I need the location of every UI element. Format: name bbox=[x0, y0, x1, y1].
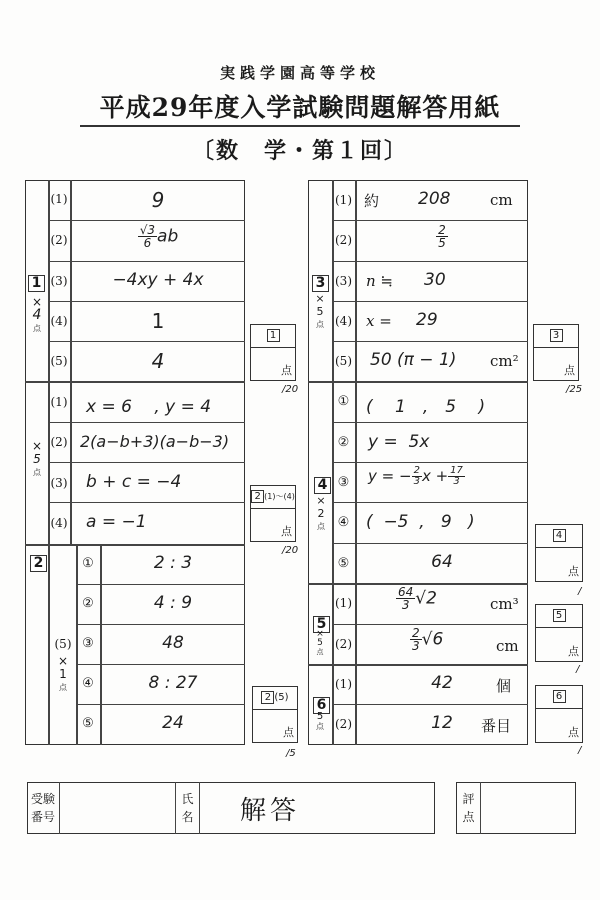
score-max-6: / bbox=[578, 745, 581, 756]
q4-4-label: ④ bbox=[332, 515, 355, 530]
q2-5-2-answer: 4 : 9 bbox=[102, 593, 244, 613]
exam-number-field[interactable] bbox=[61, 784, 173, 832]
subject-title: 〔数 学・第１回〕 bbox=[0, 134, 600, 165]
q4-1-answer: ( 1 , 5 ) bbox=[366, 392, 485, 417]
q2-3-answer: b + c = −4 bbox=[86, 472, 244, 492]
q1-3-label: (3) bbox=[48, 274, 70, 288]
q6-2-label: (2) bbox=[332, 717, 355, 731]
score-box-3[interactable]: 3 点 bbox=[533, 324, 579, 381]
q5-2-answer: 23√6 bbox=[410, 627, 443, 652]
q4-3-answer: y = −23x +173 bbox=[368, 466, 465, 487]
q2-1-answer: x = 6 , y = 4 bbox=[86, 392, 244, 417]
q3-1-answer: 208 bbox=[418, 189, 450, 209]
score-box-5[interactable]: 5 点 bbox=[535, 604, 583, 662]
q4-1-label: ① bbox=[332, 394, 355, 409]
q3-4-answer: 29 bbox=[416, 310, 438, 330]
q1-1-answer: 9 bbox=[72, 188, 244, 212]
q4-5-answer: 64 bbox=[357, 552, 527, 572]
section-6-multiplier: 5点 bbox=[311, 712, 329, 732]
q3-3-prefix: n ≒ bbox=[366, 272, 393, 290]
q4-4-answer: ( −5 , 9 ) bbox=[366, 512, 475, 532]
q5-1-answer: 643√2 bbox=[396, 586, 437, 611]
q1-2-answer: √36ab bbox=[72, 224, 244, 249]
q1-4-answer: 1 bbox=[72, 309, 244, 333]
q2-2-answer: 2(a−b+3)(a−b−3) bbox=[80, 432, 244, 451]
q3-1-prefix: 約 bbox=[364, 190, 379, 211]
q3-4-label: (4) bbox=[332, 314, 355, 328]
q2-4-answer: a = −1 bbox=[86, 512, 244, 532]
q4-3-label: ③ bbox=[332, 475, 355, 490]
q4-2-answer: y = 5x bbox=[368, 432, 429, 452]
score-max-3: /25 bbox=[566, 384, 582, 395]
score-box-1[interactable]: 1 点 bbox=[250, 324, 296, 381]
school-name: 実践学園高等学校 bbox=[0, 62, 600, 83]
section-1-number: 1 bbox=[28, 272, 45, 292]
q2-5-4-answer: 8 : 27 bbox=[102, 673, 244, 693]
section-4-number: 4 bbox=[314, 474, 331, 494]
q2-5-2-label: ② bbox=[76, 596, 100, 611]
grade-field[interactable] bbox=[482, 784, 574, 832]
q4-2-label: ② bbox=[332, 435, 355, 450]
q2-4-label: (4) bbox=[48, 516, 70, 530]
section-2a-multiplier: ×5点 bbox=[28, 440, 46, 479]
q5-1-label: (1) bbox=[332, 596, 355, 610]
q3-5-label: (5) bbox=[332, 354, 355, 368]
q1-2-label: (2) bbox=[48, 233, 70, 247]
score-box-2a[interactable]: 2(1)〜(4) 点 bbox=[250, 485, 296, 542]
score-max-1: /20 bbox=[282, 384, 298, 395]
q1-4-label: (4) bbox=[48, 314, 70, 328]
section-4-multiplier: ×2点 bbox=[312, 494, 330, 533]
section-2b-multiplier: ×1点 bbox=[54, 655, 72, 694]
q2-5-5-label: ⑤ bbox=[76, 716, 100, 731]
score-box-6[interactable]: 6 点 bbox=[535, 685, 583, 743]
q1-1-label: (1) bbox=[48, 192, 70, 206]
q5-1-unit: cm³ bbox=[490, 595, 519, 613]
q1-5-label: (5) bbox=[48, 354, 70, 368]
q2-5-3-label: ③ bbox=[76, 636, 100, 651]
score-max-4: / bbox=[578, 586, 581, 597]
q6-1-label: (1) bbox=[332, 677, 355, 691]
section-2b-sublabel: (5) bbox=[50, 637, 76, 651]
score-max-2a: /20 bbox=[282, 545, 298, 556]
q3-1-label: (1) bbox=[332, 193, 355, 207]
q5-2-unit: cm bbox=[496, 637, 519, 655]
q2-2-label: (2) bbox=[48, 435, 70, 449]
q3-3-answer: 30 bbox=[424, 270, 446, 290]
q2-5-4-label: ④ bbox=[76, 676, 100, 691]
q3-5-answer: 50 (π − 1) bbox=[370, 350, 456, 370]
section-5-multiplier: ×5点 bbox=[311, 630, 329, 657]
page-title: 平成29年度入学試験問題解答用紙 bbox=[80, 88, 520, 127]
section-3-number: 3 bbox=[312, 272, 329, 292]
score-max-2b: /5 bbox=[286, 748, 296, 759]
name-field[interactable]: 解答 bbox=[240, 790, 300, 827]
section-1-multiplier: ×4点 bbox=[28, 296, 46, 335]
name-label: 氏名 bbox=[176, 790, 199, 826]
exam-number-label: 受験番号 bbox=[27, 790, 59, 826]
q5-2-label: (2) bbox=[332, 637, 355, 651]
q2-1-label: (1) bbox=[48, 395, 70, 409]
q3-1-unit: cm bbox=[490, 191, 513, 209]
section-2-number: 2 bbox=[30, 552, 47, 572]
q3-3-label: (3) bbox=[332, 274, 355, 288]
score-max-5: / bbox=[576, 664, 579, 675]
q3-4-prefix: x = bbox=[366, 312, 392, 330]
q2-5-1-answer: 2 : 3 bbox=[102, 553, 244, 573]
q1-5-answer: 4 bbox=[72, 349, 244, 373]
q3-5-unit: cm² bbox=[490, 352, 519, 370]
q6-1-unit: 個 bbox=[496, 675, 511, 696]
q2-5-1-label: ① bbox=[76, 556, 100, 571]
q4-5-label: ⑤ bbox=[332, 556, 355, 571]
score-box-4[interactable]: 4 点 bbox=[535, 524, 583, 582]
q2-5-5-answer: 24 bbox=[102, 713, 244, 733]
score-box-2b[interactable]: 2(5) 点 bbox=[252, 686, 298, 743]
q3-2-answer: 25 bbox=[357, 224, 527, 249]
q1-3-answer: −4xy + 4x bbox=[72, 270, 244, 290]
q2-5-3-answer: 48 bbox=[102, 633, 244, 653]
q2-3-label: (3) bbox=[48, 476, 70, 490]
q6-2-unit: 番目 bbox=[481, 715, 511, 736]
q3-2-label: (2) bbox=[332, 233, 355, 247]
section-3-multiplier: ×5点 bbox=[311, 292, 329, 331]
grade-label: 評点 bbox=[457, 790, 480, 826]
